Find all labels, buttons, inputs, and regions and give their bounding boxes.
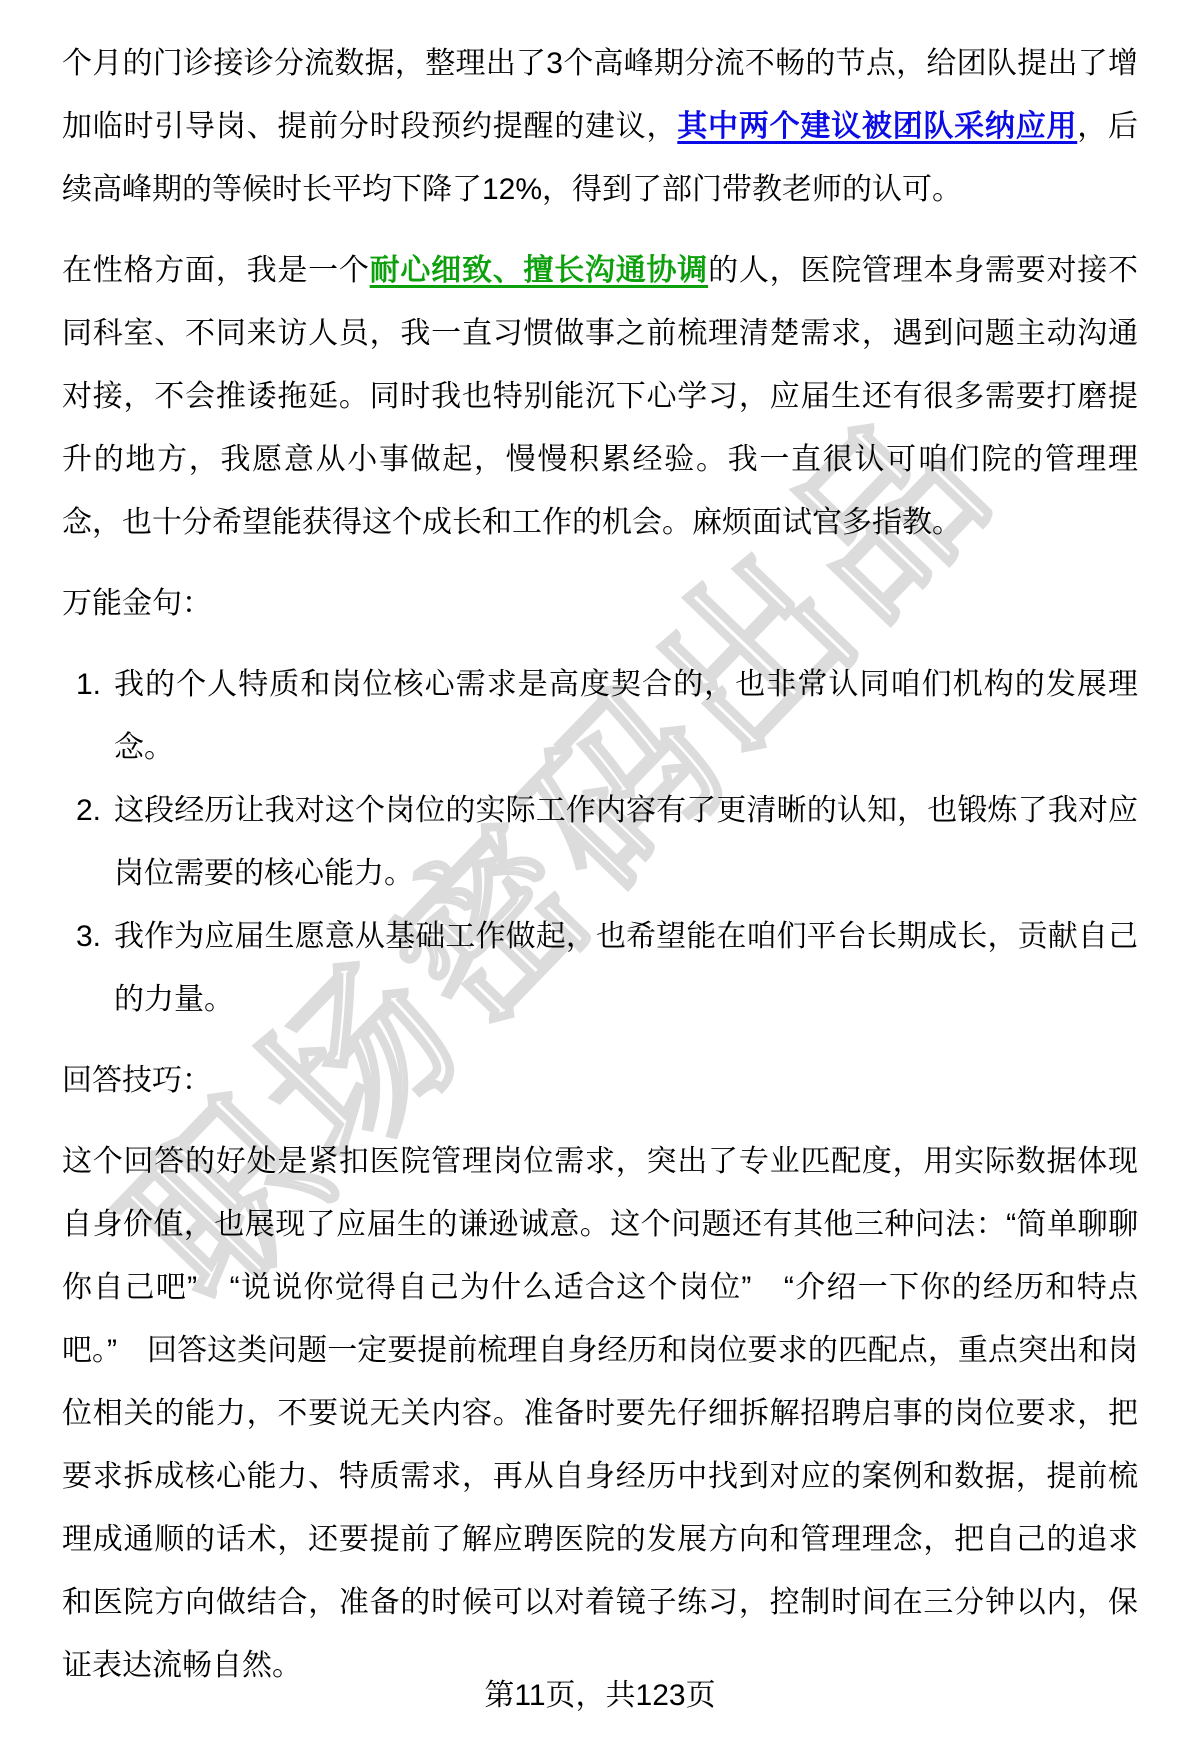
list-item-marker: 2. (76, 779, 101, 842)
paragraph-text: 在性格方面，我是一个 (62, 254, 370, 287)
paragraph-answer-tips: 这个回答的好处是紧扣医院管理岗位需求，突出了专业匹配度，用实际数据体现自身价值，… (62, 1130, 1138, 1697)
document-page: 职场密码出品 个月的门诊接诊分流数据，整理出了3个高峰期分流不畅的节点，给团队提… (0, 0, 1200, 1755)
list-item-marker: 1. (76, 653, 101, 716)
golden-sentence-list: 1. 我的个人特质和岗位核心需求是高度契合的，也非常认同咱们机构的发展理念。 2… (62, 653, 1138, 1031)
section-heading-golden-sentences: 万能金句： (62, 572, 1138, 635)
list-item-marker: 3. (76, 905, 101, 968)
list-item: 2. 这段经历让我对这个岗位的实际工作内容有了更清晰的认知，也锻炼了我对应岗位需… (62, 779, 1138, 905)
list-item: 1. 我的个人特质和岗位核心需求是高度契合的，也非常认同咱们机构的发展理念。 (62, 653, 1138, 779)
section-heading-answer-tips: 回答技巧： (62, 1049, 1138, 1112)
paragraph-personality: 在性格方面，我是一个耐心细致、擅长沟通协调的人，医院管理本身需要对接不同科室、不… (62, 239, 1138, 554)
list-item-text: 这段经历让我对这个岗位的实际工作内容有了更清晰的认知，也锻炼了我对应岗位需要的核… (114, 794, 1138, 890)
paragraph-internship-results: 个月的门诊接诊分流数据，整理出了3个高峰期分流不畅的节点，给团队提出了增加临时引… (62, 32, 1138, 221)
page-content: 个月的门诊接诊分流数据，整理出了3个高峰期分流不畅的节点，给团队提出了增加临时引… (62, 0, 1138, 1715)
emphasis-green-text: 耐心细致、擅长沟通协调 (370, 254, 708, 287)
paragraph-text: 的人，医院管理本身需要对接不同科室、不同来访人员，我一直习惯做事之前梳理清楚需求… (62, 254, 1138, 539)
page-number-footer: 第11页，共123页 (0, 1676, 1200, 1716)
list-item-text: 我作为应届生愿意从基础工作做起，也希望能在咱们平台长期成长，贡献自己的力量。 (114, 920, 1138, 1016)
list-item-text: 我的个人特质和岗位核心需求是高度契合的，也非常认同咱们机构的发展理念。 (114, 668, 1138, 764)
list-item: 3. 我作为应届生愿意从基础工作做起，也希望能在咱们平台长期成长，贡献自己的力量… (62, 905, 1138, 1031)
emphasis-blue-text: 其中两个建议被团队采纳应用 (677, 110, 1077, 143)
